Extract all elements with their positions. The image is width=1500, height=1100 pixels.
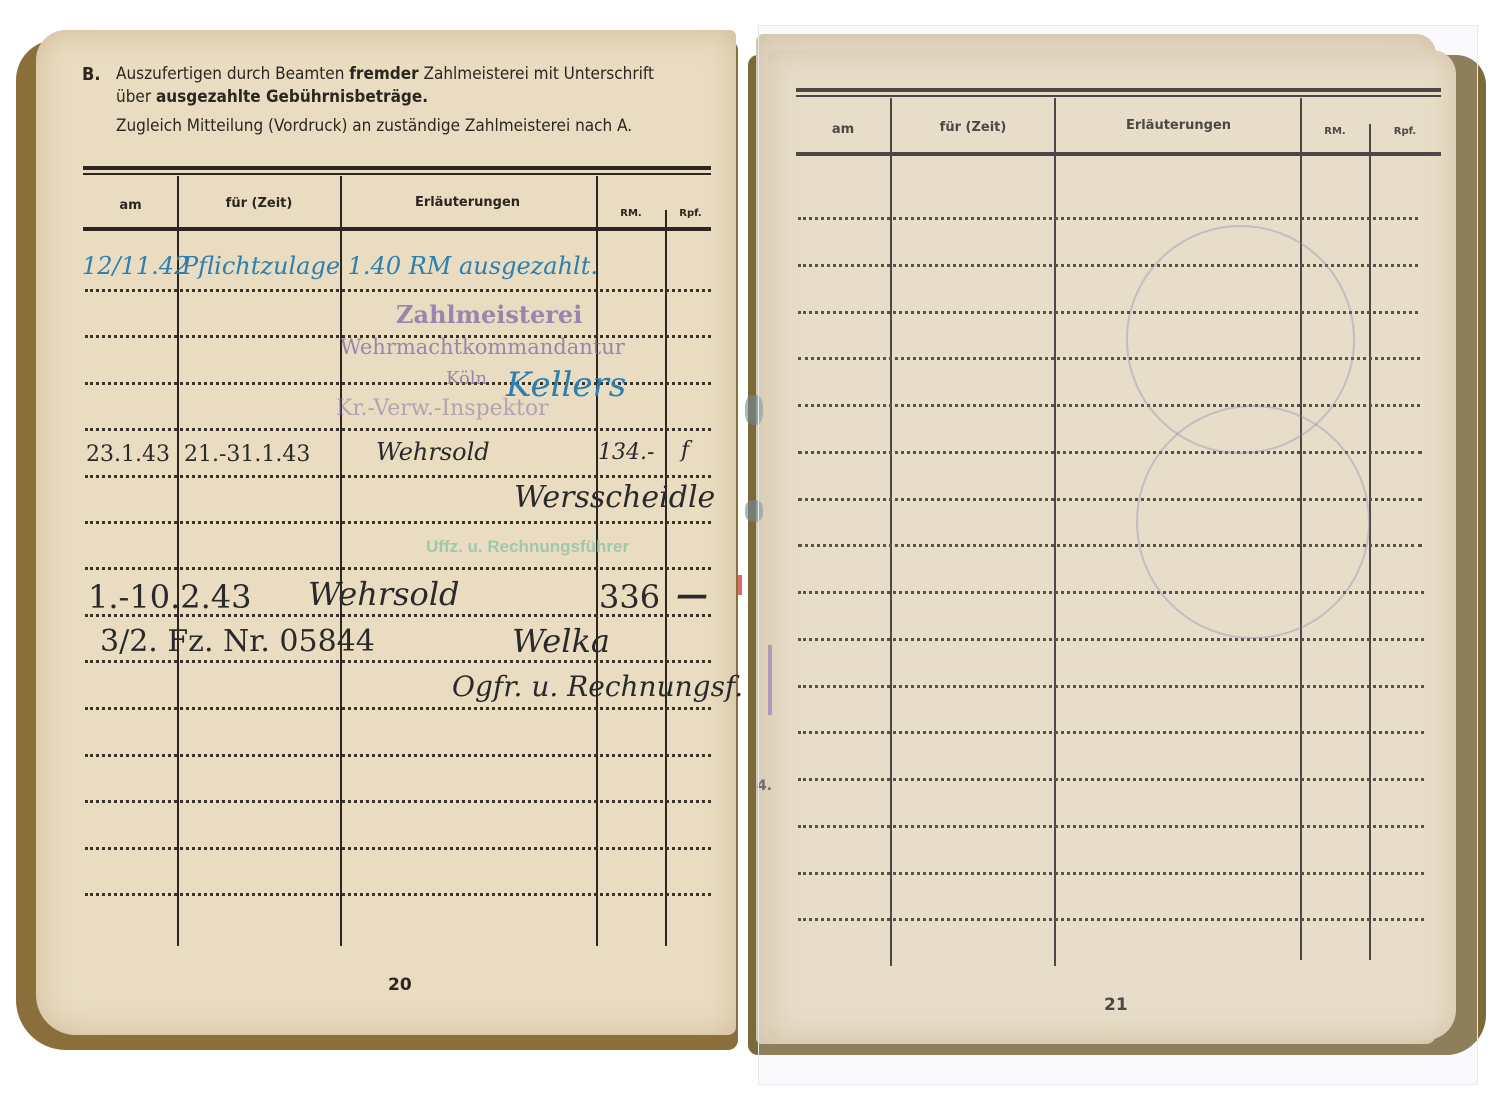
entry-3-reference: 3/2. Fz. Nr. 05844	[100, 624, 375, 659]
col-header-zeit: für (Zeit)	[179, 196, 339, 211]
entry-3-title: Ogfr. u. Rechnungsf.	[452, 670, 743, 703]
column-divider	[890, 98, 892, 966]
entry-2-date: 23.1.43	[86, 442, 170, 467]
heading-line-1: Auszufertigen durch Beamten fremder Zahl…	[116, 63, 722, 86]
stamp-wehrmachtkommandantur: Wehrmachtkommandantur	[340, 335, 625, 359]
left-page: B. Auszufertigen durch Beamten fremder Z…	[36, 30, 736, 1035]
table-top-rule-thin	[83, 173, 711, 175]
table-top-rule	[796, 88, 1441, 92]
blue-signature: Kellers	[506, 365, 626, 405]
col-header-zeit: für (Zeit)	[892, 120, 1054, 135]
column-divider	[665, 210, 667, 946]
col-header-rm: RM.	[1302, 126, 1368, 137]
entry-3-period: 1.-10.2.43	[88, 578, 251, 616]
entry-2-signature: Wersscheidle	[514, 480, 715, 515]
entry-3-rm: 336	[599, 578, 660, 616]
entry-1-text: Pflichtzulage 1.40 RM ausgezahlt.	[182, 252, 598, 280]
col-header-erlaeuterungen: Erläuterungen	[340, 195, 595, 210]
col-header-erlaeuterungen: Erläuterungen	[1056, 118, 1301, 133]
section-heading: B. Auszufertigen durch Beamten fremder Z…	[82, 63, 722, 138]
table-header-bottom-rule	[796, 152, 1441, 156]
column-divider	[1054, 98, 1056, 966]
heading-line-3: Zugleich Mitteilung (Vordruck) an zustän…	[116, 115, 722, 138]
red-edge-mark	[738, 575, 742, 595]
stamp-city: Köln	[446, 368, 487, 389]
section-letter: B.	[82, 63, 101, 86]
right-page: am für (Zeit) Erläuterungen RM. Rpf. 21	[768, 50, 1456, 1040]
col-header-am: am	[796, 122, 890, 137]
column-divider	[1369, 124, 1371, 960]
entry-1-date: 12/11.42	[82, 252, 189, 280]
entry-2-rm: 134.-	[598, 440, 654, 465]
purple-edge-mark	[768, 645, 772, 715]
faded-circular-stamp	[1136, 405, 1370, 639]
col-header-am: am	[83, 198, 178, 213]
edge-fragment-text: 4.	[757, 778, 772, 794]
ink-blot	[745, 395, 763, 425]
entry-2-rpf: f	[681, 438, 689, 463]
entry-2-period: 21.-31.1.43	[184, 442, 310, 467]
col-header-rpf: Rpf.	[1370, 126, 1440, 137]
ink-blot	[745, 500, 763, 522]
col-header-rpf: Rpf.	[668, 208, 713, 219]
stamp-zahlmeisterei: Zahlmeisterei	[396, 300, 582, 329]
entry-3-signature: Welka	[512, 622, 610, 660]
entry-3-rpf: —	[676, 575, 708, 613]
col-header-rm: RM.	[596, 208, 666, 219]
page-number-left: 20	[388, 975, 412, 995]
entry-3-description: Wehrsold	[308, 575, 460, 613]
table-top-rule	[83, 166, 711, 170]
entry-2-description: Wehrsold	[376, 438, 490, 466]
table-top-rule-thin	[796, 95, 1441, 97]
page-number-right: 21	[1104, 995, 1128, 1015]
heading-line-2: über ausgezahlte Gebührnisbeträge.	[116, 86, 722, 109]
stamp-rechnungsfuehrer: Uffz. u. Rechnungsführer	[426, 537, 629, 557]
